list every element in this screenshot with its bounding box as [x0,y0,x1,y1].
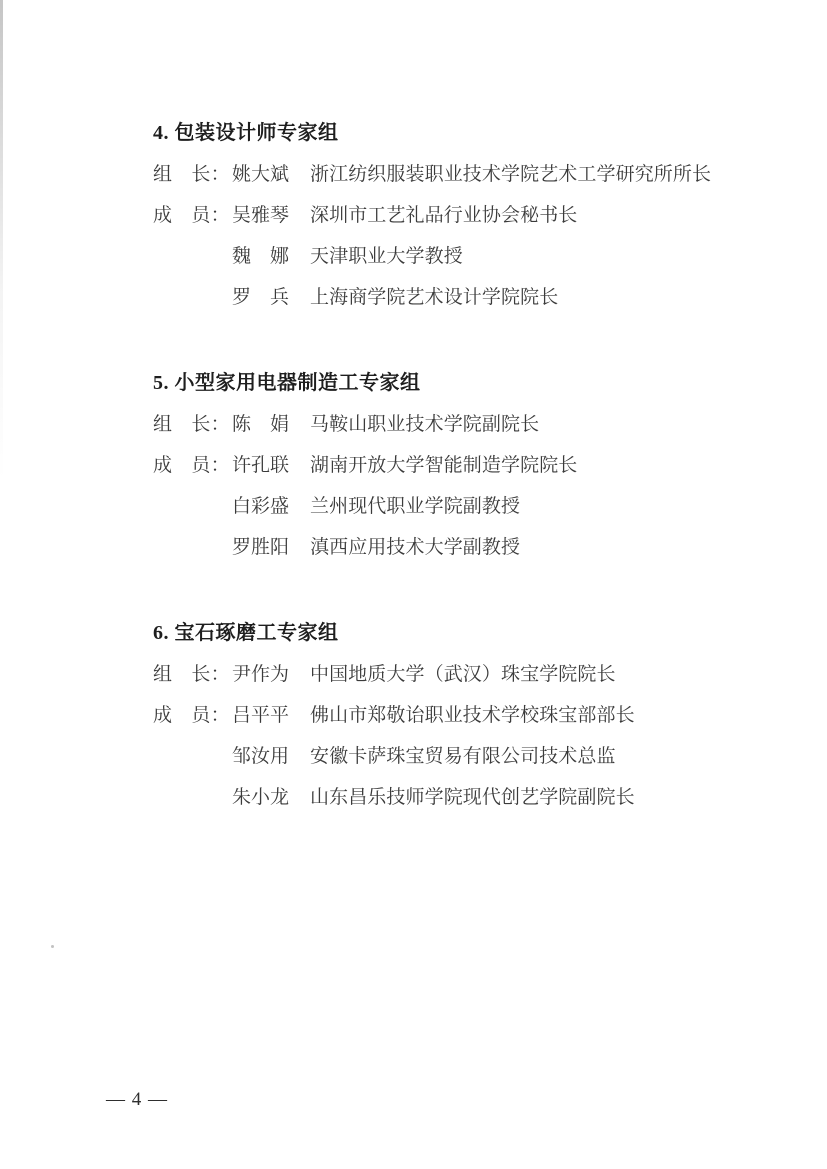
person-affiliation: 湖南开放大学智能制造学院院长 [310,445,577,486]
column-gap [290,736,310,777]
person-row: 朱小龙 山东昌乐技师学院现代创艺学院副院长 [153,777,753,818]
role-label: 组 长： [153,154,232,195]
person-row: 组 长： 姚大斌 浙江纺织服装职业技术学院艺术工学研究所所长 [153,154,753,195]
person-name: 吕平平 [232,695,290,736]
person-affiliation: 佛山市郑敬诒职业技术学校珠宝部部长 [310,695,635,736]
person-row: 白彩盛 兰州现代职业学院副教授 [153,486,753,527]
person-name: 陈 娟 [232,404,290,445]
column-gap [290,236,310,277]
person-row: 组 长： 尹作为 中国地质大学（武汉）珠宝学院院长 [153,654,753,695]
scan-speck-artifact [51,945,54,948]
column-gap [290,777,310,818]
person-row: 成 员： 吴雅琴 深圳市工艺礼品行业协会秘书长 [153,195,753,236]
person-row: 成 员： 许孔联 湖南开放大学智能制造学院院长 [153,445,753,486]
person-name: 魏 娜 [232,236,290,277]
role-label: 成 员： [153,695,232,736]
role-label [153,777,232,818]
person-row: 魏 娜 天津职业大学教授 [153,236,753,277]
person-name: 邹汝用 [232,736,290,777]
role-label: 成 员： [153,445,232,486]
scan-edge-artifact [0,0,3,480]
person-affiliation: 深圳市工艺礼品行业协会秘书长 [310,195,577,236]
person-name: 罗 兵 [232,277,290,318]
column-gap [290,154,310,195]
person-name: 尹作为 [232,654,290,695]
section-heading: 4. 包装设计师专家组 [153,113,753,154]
person-name: 许孔联 [232,445,290,486]
expert-group-section-6: 6. 宝石琢磨工专家组 组 长： 尹作为 中国地质大学（武汉）珠宝学院院长 成 … [153,613,753,818]
document-page: 4. 包装设计师专家组 组 长： 姚大斌 浙江纺织服装职业技术学院艺术工学研究所… [0,0,827,1169]
person-affiliation: 上海商学院艺术设计学院院长 [310,277,558,318]
column-gap [290,527,310,568]
role-label [153,277,232,318]
role-label: 成 员： [153,195,232,236]
role-label: 组 长： [153,404,232,445]
person-row: 罗 兵 上海商学院艺术设计学院院长 [153,277,753,318]
person-name: 罗胜阳 [232,527,290,568]
column-gap [290,404,310,445]
role-label [153,527,232,568]
role-label: 组 长： [153,654,232,695]
column-gap [290,445,310,486]
person-row: 罗胜阳 滇西应用技术大学副教授 [153,527,753,568]
person-row: 组 长： 陈 娟 马鞍山职业技术学院副院长 [153,404,753,445]
column-gap [290,486,310,527]
expert-group-section-5: 5. 小型家用电器制造工专家组 组 长： 陈 娟 马鞍山职业技术学院副院长 成 … [153,363,753,568]
section-heading: 5. 小型家用电器制造工专家组 [153,363,753,404]
role-label [153,736,232,777]
person-affiliation: 滇西应用技术大学副教授 [310,527,520,568]
person-affiliation: 浙江纺织服装职业技术学院艺术工学研究所所长 [310,154,711,195]
person-affiliation: 天津职业大学教授 [310,236,463,277]
page-number: — 4 — [106,1089,168,1111]
person-affiliation: 安徽卡萨珠宝贸易有限公司技术总监 [310,736,616,777]
column-gap [290,695,310,736]
person-affiliation: 山东昌乐技师学院现代创艺学院副院长 [310,777,635,818]
role-label [153,486,232,527]
column-gap [290,195,310,236]
person-name: 吴雅琴 [232,195,290,236]
person-affiliation: 马鞍山职业技术学院副院长 [310,404,539,445]
column-gap [290,654,310,695]
person-row: 成 员： 吕平平 佛山市郑敬诒职业技术学校珠宝部部长 [153,695,753,736]
person-name: 白彩盛 [232,486,290,527]
person-affiliation: 中国地质大学（武汉）珠宝学院院长 [310,654,616,695]
person-name: 姚大斌 [232,154,290,195]
column-gap [290,277,310,318]
person-affiliation: 兰州现代职业学院副教授 [310,486,520,527]
person-name: 朱小龙 [232,777,290,818]
document-content: 4. 包装设计师专家组 组 长： 姚大斌 浙江纺织服装职业技术学院艺术工学研究所… [153,113,753,818]
person-row: 邹汝用 安徽卡萨珠宝贸易有限公司技术总监 [153,736,753,777]
section-heading: 6. 宝石琢磨工专家组 [153,613,753,654]
expert-group-section-4: 4. 包装设计师专家组 组 长： 姚大斌 浙江纺织服装职业技术学院艺术工学研究所… [153,113,753,318]
role-label [153,236,232,277]
